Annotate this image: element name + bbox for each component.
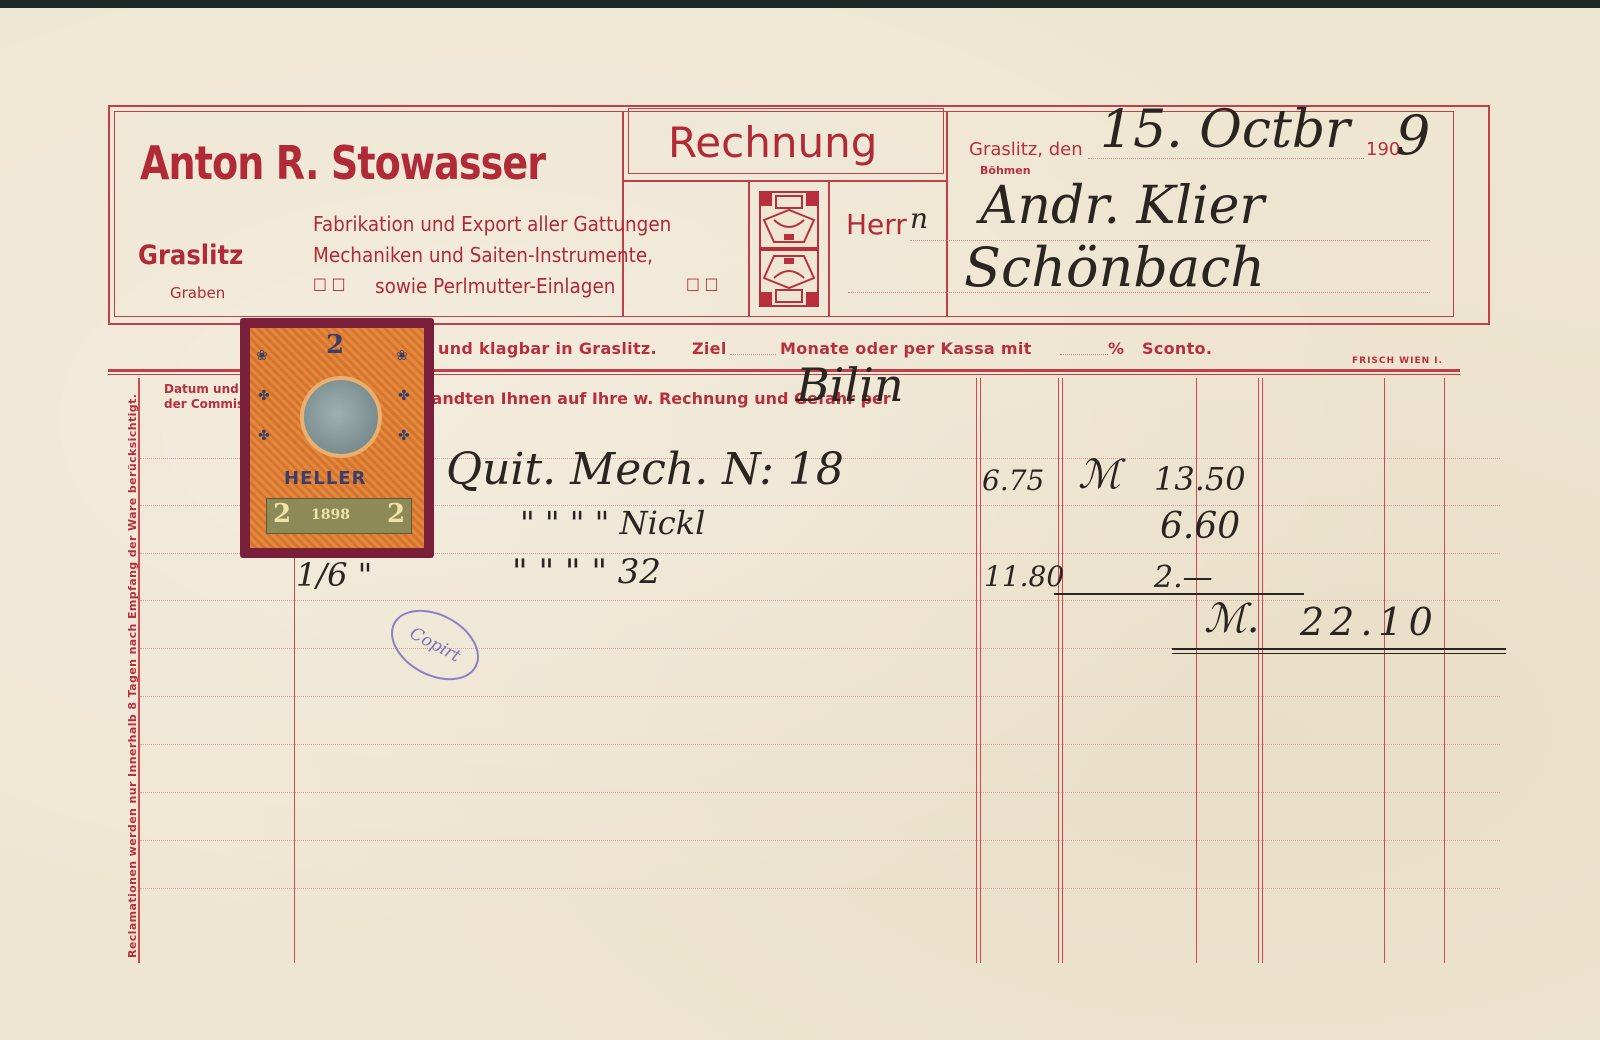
column-line-cents	[1384, 378, 1385, 963]
invoice-paper: Anton R. Stowasser Graslitz Graben Fabri…	[0, 8, 1600, 1040]
total-underline-1	[1172, 648, 1506, 650]
line-item-unit-symbol: ℳ	[1078, 452, 1121, 498]
payment-terms-start: und klagbar in Graslitz.	[438, 339, 657, 358]
stamp-top-value: 2	[326, 330, 344, 360]
line-item-amount: 6.60	[1160, 506, 1240, 547]
stamp-band-value-right: 2	[387, 499, 405, 529]
column-line-price-b	[1062, 378, 1063, 963]
row-rule	[140, 840, 1500, 841]
row-rule	[140, 696, 1500, 697]
stamp-ornament-icon: ✤	[398, 388, 410, 404]
column-line-desc-a	[976, 378, 977, 963]
row-rule	[140, 888, 1500, 889]
line-item-amount: 13.50	[1154, 460, 1246, 498]
line-item-qty: 1/6 "	[296, 556, 372, 594]
line-item-unit-price: 11.80	[984, 560, 1064, 593]
subtotal-underline	[1054, 593, 1304, 595]
art-nouveau-ornament-icon	[758, 190, 820, 308]
column-line-total-b	[1262, 378, 1263, 963]
stamp-ornament-icon: ❀	[256, 348, 268, 364]
total-underline-2	[1172, 653, 1506, 654]
column-line-margin	[138, 378, 140, 963]
stamp-ornament-icon: ✤	[258, 388, 270, 404]
total-value: 22.10	[1300, 600, 1439, 644]
total-currency-symbol: ℳ.	[1204, 596, 1260, 642]
stamp-year: 1898	[311, 507, 350, 523]
row-rule	[140, 792, 1500, 793]
line-item-amount: 2.—	[1154, 560, 1213, 595]
row-rule	[140, 600, 1500, 601]
title-box-bottom	[622, 180, 948, 182]
stamp-value-band: 2 1898 2	[266, 498, 412, 534]
company-name: Anton R. Stowasser	[140, 136, 545, 190]
document-title: Rechnung	[668, 118, 877, 167]
copy-stamp: Copirt	[379, 596, 491, 695]
recipient-label: Herr	[846, 208, 907, 241]
column-line-price-a	[1058, 378, 1059, 963]
sconto-line	[1060, 354, 1108, 355]
handwritten-recipient-place: Schönbach	[964, 236, 1265, 299]
column-line-total-a	[1258, 378, 1259, 963]
handwritten-year-suffix: 9	[1396, 104, 1430, 167]
tagline-line-1: Fabrikation und Export aller Gattungen	[313, 212, 671, 236]
stamp-ornament-icon: ✤	[258, 428, 270, 444]
stamp-portrait-medallion	[300, 376, 382, 458]
tagline-decoration-right: □ □	[686, 274, 719, 293]
line-item-description: " " " " 32	[512, 552, 661, 592]
line-item-description: " " " " Nickl	[520, 504, 705, 542]
handwritten-recipient-prefix: n	[910, 202, 928, 235]
handwritten-recipient-name: Andr. Klier	[980, 176, 1264, 236]
months-label: Monate oder per Kassa mit	[780, 339, 1032, 358]
stamp-denomination: HELLER	[284, 468, 366, 489]
column-line-desc-b	[980, 378, 981, 963]
row-rule	[140, 744, 1500, 745]
stamp-ornament-icon: ✤	[398, 428, 410, 444]
stamp-ornament-icon: ❀	[396, 348, 408, 364]
tagline-line-3: sowie Perlmutter-Einlagen	[375, 274, 615, 298]
copy-stamp-text: Copirt	[406, 623, 464, 666]
tagline-line-2: Mechaniken und Saiten-Instrumente,	[313, 243, 653, 267]
line-item-unit-price: 6.75	[982, 464, 1044, 497]
sconto-label: Sconto.	[1142, 339, 1212, 358]
percent-sign: %	[1108, 339, 1124, 358]
printer-imprint: FRISCH WIEN I.	[1352, 356, 1443, 366]
date-label: Graslitz, den	[969, 139, 1083, 160]
ornament-divider-right	[828, 180, 830, 317]
stamp-band-value-left: 2	[273, 499, 291, 529]
handwritten-shipping-method: Bilin	[796, 358, 904, 412]
ornament-divider-left	[748, 180, 750, 317]
column-line-right	[1444, 378, 1445, 963]
header-divider-right	[946, 111, 948, 317]
tagline-decoration-left: □ □	[313, 274, 346, 293]
revenue-stamp: 2 ❀ ❀ ✤ ✤ ✤ ✤ HELLER 2 1898 2	[240, 318, 434, 558]
handwritten-date: 15. Octbr	[1100, 100, 1350, 160]
company-street: Graben	[170, 284, 225, 302]
ziel-label: Ziel	[692, 339, 727, 358]
company-city: Graslitz	[138, 240, 243, 271]
ziel-line	[730, 354, 776, 355]
line-item-description: Quit. Mech. N: 18	[446, 444, 844, 495]
stamp-background: 2 ❀ ❀ ✤ ✤ ✤ ✤ HELLER 2 1898 2	[250, 328, 424, 548]
